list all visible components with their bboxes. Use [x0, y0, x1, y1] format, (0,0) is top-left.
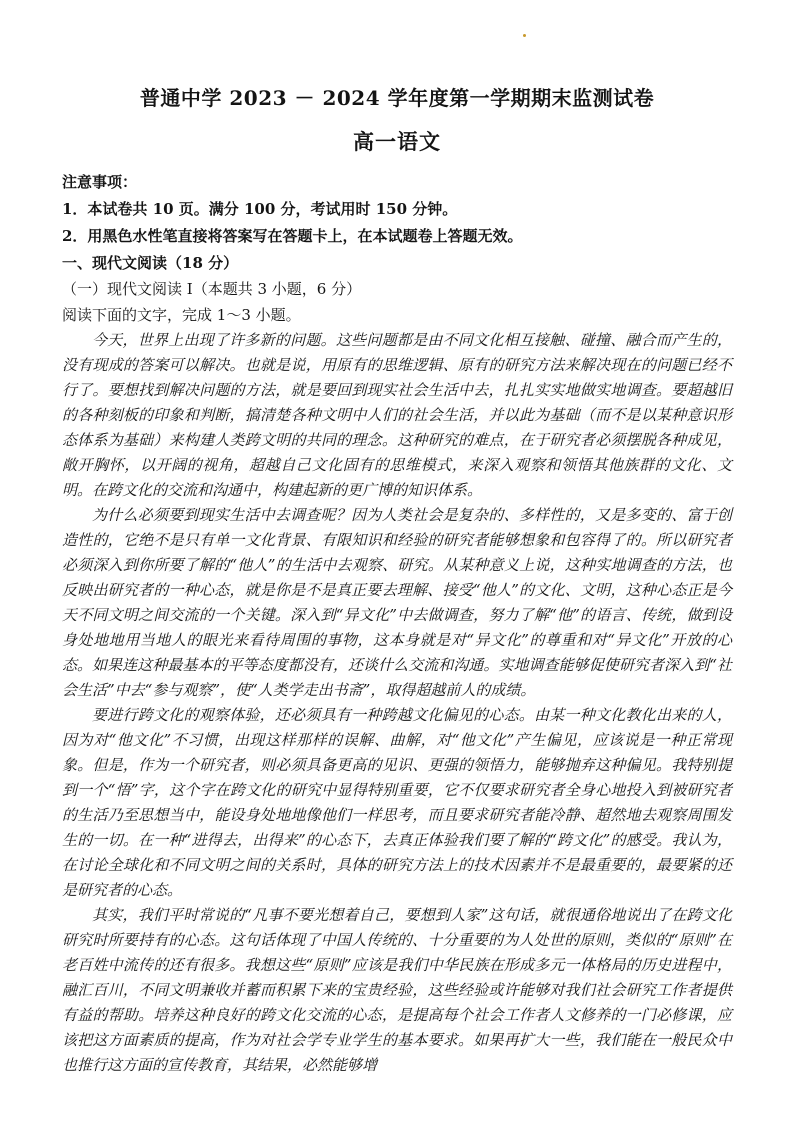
paper-subtitle: 高一语文 — [62, 130, 732, 154]
modern-reading-section: 一、现代文阅读（18 分） （一）现代文阅读 I（本题共 3 小题，6 分） 阅… — [62, 250, 732, 1078]
section-heading: 一、现代文阅读（18 分） — [62, 250, 732, 276]
exam-paper-page: 普通中学 2023 － 2024 学年度第一学期期末监测试卷 高一语文 注意事项… — [0, 0, 793, 1122]
passage-paragraph-2: 为什么必须要到现实生活中去调查呢？因为人类社会是复杂的、多样性的，又是多变的、富… — [62, 503, 732, 703]
paper-title: 普通中学 2023 － 2024 学年度第一学期期末监测试卷 — [62, 86, 732, 110]
notice-section: 注意事项： 1．本试卷共 10 页。满分 100 分，考试用时 150 分钟。 … — [62, 169, 732, 250]
passage-paragraph-1: 今天，世界上出现了许多新的问题。这些问题都是由不同文化相互接触、碰撞、融合而产生… — [62, 328, 732, 503]
passage-paragraph-4: 其实，我们平时常说的“凡事不要光想着自己，要想到人家”这句话，就很通俗地说出了在… — [62, 903, 732, 1078]
reading-instruction: 阅读下面的文字，完成 1～3 小题。 — [62, 302, 732, 328]
scan-artifact-dot — [523, 34, 526, 37]
reading-passage: 今天，世界上出现了许多新的问题。这些问题都是由不同文化相互接触、碰撞、融合而产生… — [62, 328, 732, 1078]
notice-item-pages: 1．本试卷共 10 页。满分 100 分，考试用时 150 分钟。 — [62, 196, 732, 223]
notice-item-answer-sheet: 2．用黑色水性笔直接将答案写在答题卡上，在本试题卷上答题无效。 — [62, 223, 732, 250]
notice-heading: 注意事项： — [62, 169, 732, 196]
passage-paragraph-3: 要进行跨文化的观察体验，还必须具有一种跨越文化偏见的心态。由某一种文化教化出来的… — [62, 703, 732, 903]
subsection-heading: （一）现代文阅读 I（本题共 3 小题，6 分） — [62, 276, 732, 302]
